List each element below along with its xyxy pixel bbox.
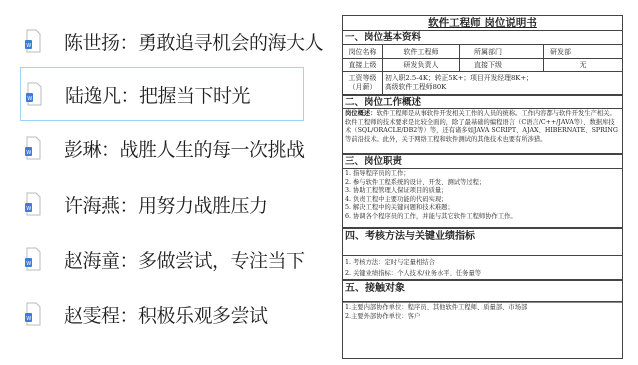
file-item-4[interactable]: W 赵海童：多做尝试，专注当下 — [20, 232, 304, 286]
document-preview: 软件工程师 岗位说明书 一、岗位基本资料 岗位名称 软件工程师 所属部门 研发部… — [342, 15, 623, 359]
file-name: 赵雯程：积极乐观多尝试 — [64, 301, 268, 328]
file-name: 陆逸凡：把握当下时光 — [65, 81, 250, 108]
basic-info-row-1: 岗位名称 软件工程师 所属部门 研发部 — [343, 45, 622, 59]
basic-info-row-2: 直接上级 研发负责人 直接下级 无 — [343, 59, 622, 72]
cell-value: 无 — [544, 59, 622, 71]
cell-value: 研发部 — [544, 45, 622, 58]
file-item-0[interactable]: W 陈世扬：勇敢追寻机会的海大人 — [20, 14, 304, 68]
section-heading-2: 二、岗位工作概述 — [343, 95, 622, 109]
kpi-list: 1. 考核方法：定时与定量相结合 2. 关键业绩指标：个人技术/业务水平、任务量… — [343, 256, 622, 280]
word-doc-icon: W — [26, 82, 42, 106]
section-heading-1: 一、岗位基本资料 — [343, 31, 622, 45]
file-item-5[interactable]: W 赵雯程：积极乐观多尝试 — [20, 287, 304, 341]
svg-text:W: W — [27, 96, 32, 102]
svg-text:W: W — [26, 206, 31, 212]
word-doc-icon: W — [25, 192, 41, 216]
cell-value: 研发负责人 — [383, 59, 460, 71]
job-overview: 岗位概述：软件工程师是从事软件开发相关工作的人员的统称。工作内容都与软件开发生产… — [343, 109, 622, 154]
responsibilities-list: 1. 指导程序员的工作； 2. 参与软件工程系统的设计、开发、测试等过程； 3.… — [343, 169, 622, 228]
salary-label: 工资等级（月薪） — [343, 72, 383, 94]
word-doc-icon: W — [25, 136, 41, 160]
cell-label: 直接上级 — [343, 59, 383, 71]
cell-label: 所属部门 — [460, 45, 544, 58]
file-item-3[interactable]: W 许海燕：用努力战胜压力 — [20, 177, 304, 231]
salary-value: 初入职2.5-4K；转正5K+；项目开发经理8K+；高级软件工程师80K — [385, 74, 533, 92]
svg-text:W: W — [26, 43, 31, 49]
file-item-2[interactable]: W 彭琳：战胜人生的每一次挑战 — [20, 121, 304, 175]
cell-label: 岗位名称 — [343, 45, 383, 58]
contacts-list: 1.主要内部协作单位：程序员、其他软件工程师、质量部、市场部 2.主要外部协作单… — [343, 302, 622, 358]
file-name: 陈世扬：勇敢追寻机会的海大人 — [64, 28, 323, 55]
file-name: 许海燕：用努力战胜压力 — [64, 191, 268, 218]
file-name: 赵海童：多做尝试，专注当下 — [64, 246, 305, 273]
section-heading-3: 三、岗位职责 — [343, 154, 622, 169]
doc-title: 软件工程师 岗位说明书 — [343, 16, 622, 31]
svg-text:W: W — [26, 316, 31, 322]
svg-text:W: W — [26, 150, 31, 156]
section-heading-5: 五、接触对象 — [343, 280, 622, 302]
cell-value: 软件工程师 — [383, 45, 460, 58]
cell-label: 直接下级 — [460, 59, 544, 71]
word-doc-icon: W — [25, 247, 41, 271]
file-name: 彭琳：战胜人生的每一次挑战 — [64, 135, 305, 162]
section-heading-4: 四、考核方法与关键业绩指标 — [343, 228, 622, 256]
svg-text:W: W — [26, 261, 31, 267]
file-item-1[interactable]: W 陆逸凡：把握当下时光 — [20, 67, 304, 121]
word-doc-icon: W — [25, 29, 41, 53]
word-doc-icon: W — [25, 302, 41, 326]
salary-row: 工资等级（月薪） 初入职2.5-4K；转正5K+；项目开发经理8K+；高级软件工… — [343, 72, 622, 95]
